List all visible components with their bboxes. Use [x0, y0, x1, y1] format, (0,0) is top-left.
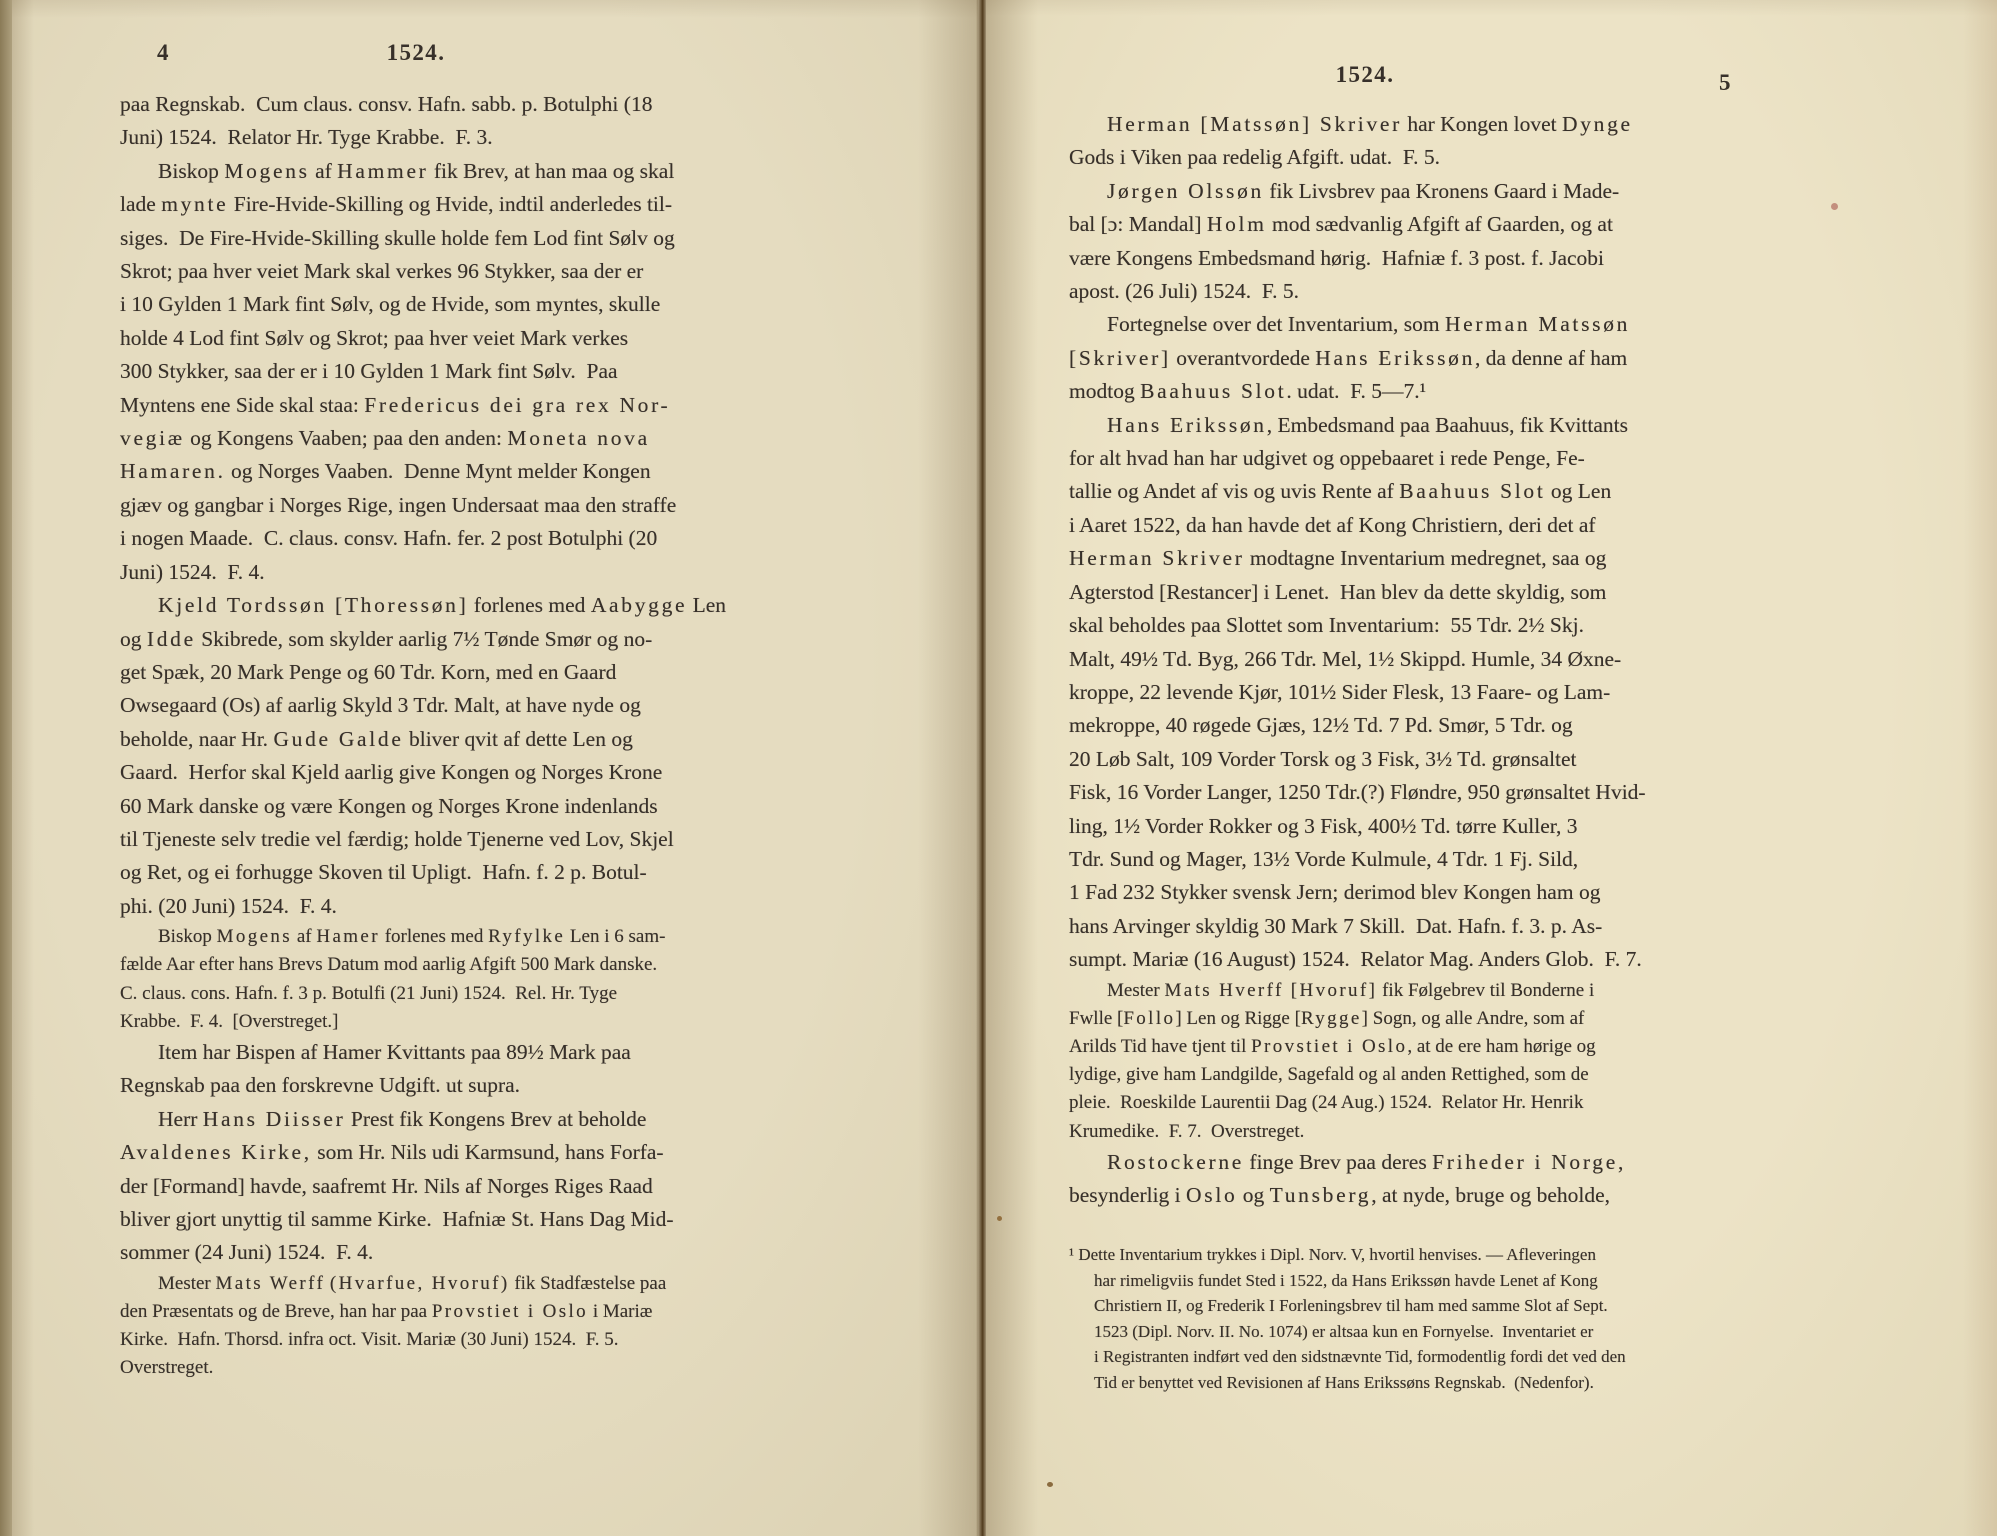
- text-line: C. claus. cons. Hafn. f. 3 p. Botulfi (2…: [120, 980, 724, 1008]
- running-head-left: 1524.: [120, 40, 712, 66]
- letterspaced-text: Mats Werff: [216, 1273, 326, 1294]
- text-line: paa Regnskab. Cum claus. consv. Hafn. sa…: [120, 88, 724, 121]
- text-run: besynderlig i: [1069, 1183, 1186, 1207]
- text-run: Juni) 1524. F. 4.: [120, 560, 265, 584]
- text-run: lade: [120, 192, 161, 216]
- text-line: Mester Mats Werff (Hvarfue, Hvoruf) fik …: [120, 1270, 724, 1298]
- text-line: Myntens ene Side skal staa: Fredericus d…: [120, 389, 724, 422]
- letterspaced-text: Baahuus Slot: [1399, 479, 1545, 503]
- text-run: modtagne Inventarium medregnet, saa og: [1245, 546, 1607, 570]
- text-run: hans Arvinger skyldig 30 Mark 7 Skill. D…: [1069, 914, 1602, 938]
- text-line: har rimeligviis fundet Sted i 1522, da H…: [1094, 1268, 1698, 1294]
- text-run: i Aaret 1522, da han havde det af Kong C…: [1069, 513, 1596, 537]
- text-line: i nogen Maade. C. claus. consv. Hafn. fe…: [120, 522, 724, 555]
- text-line: Biskop Mogens af Hamer forlenes med Ryfy…: [120, 923, 724, 951]
- text-run: Owsegaard (Os) af aarlig Skyld 3 Tdr. Ma…: [120, 693, 641, 717]
- text-line: Christiern II, og Frederik I Forleningsb…: [1094, 1293, 1698, 1319]
- text-run: tallie og Andet af vis og uvis Rente af: [1069, 479, 1399, 503]
- letterspaced-text: Hans Erikssøn: [1315, 346, 1475, 370]
- letterspaced-text: Rygge: [1301, 1008, 1362, 1029]
- text-line: beholde, naar Hr. Gude Galde bliver qvit…: [120, 723, 724, 756]
- text-line: Hamaren. og Norges Vaaben. Denne Mynt me…: [120, 455, 724, 488]
- text-run: for alt hvad han har udgivet og oppebaar…: [1069, 446, 1585, 470]
- text-run: af: [310, 159, 337, 183]
- letterspaced-text: Mats Hverff [Hvoruf]: [1165, 980, 1378, 1001]
- letterspaced-text: Herman Matssøn: [1445, 312, 1630, 336]
- text-run: forlenes med: [380, 926, 488, 947]
- letterspaced-text: Oslo: [1186, 1183, 1237, 1207]
- text-run: 1523 (Dipl. Norv. II. No. 1074) er altsa…: [1094, 1322, 1593, 1341]
- text-run: , at nyde, bruge og beholde,: [1371, 1183, 1610, 1207]
- text-line: Juni) 1524. F. 4.: [120, 556, 724, 589]
- text-run: fik Brev, at han maa og skal: [429, 159, 675, 183]
- text-line: bal [ɔ: Mandal] Holm mod sædvanlig Afgif…: [1069, 208, 1673, 241]
- text-line: Mester Mats Hverff [Hvoruf] fik Følgebre…: [1069, 977, 1673, 1005]
- text-run: . udat. F. 5—7.¹: [1286, 379, 1426, 403]
- text-line: Hans Erikssøn, Embedsmand paa Baahuus, f…: [1069, 409, 1673, 442]
- text-line: sumpt. Mariæ (16 August) 1524. Relator M…: [1069, 943, 1673, 976]
- text-line: Herman Skriver modtagne Inventarium medr…: [1069, 542, 1673, 575]
- text-line: skal beholdes paa Slottet som Inventariu…: [1069, 609, 1673, 642]
- text-line: bliver gjort unyttig til samme Kirke. Ha…: [120, 1203, 724, 1236]
- page-right-text: Herman [Matssøn] Skriver har Kongen love…: [1069, 108, 1673, 1213]
- text-run: og Len: [1546, 479, 1612, 503]
- text-line: phi. (20 Juni) 1524. F. 4.: [120, 890, 724, 923]
- text-run: Fortegnelse over det Inventarium, som: [1107, 312, 1445, 336]
- text-line: Arilds Tid have tjent til Provstiet i Os…: [1069, 1033, 1673, 1061]
- letterspaced-text: Herman Skriver: [1069, 546, 1245, 570]
- text-run: Prest fik Kongens Brev at beholde: [346, 1107, 647, 1131]
- text-run: ] Len og Rigge [: [1175, 1008, 1301, 1029]
- letterspaced-text: (Hvarfue, Hvoruf): [330, 1273, 510, 1294]
- letterspaced-text: Aabygge: [591, 593, 687, 617]
- text-run: Fwlle [: [1069, 1008, 1123, 1029]
- text-run: Len: [687, 593, 726, 617]
- text-line: Gaard. Herfor skal Kjeld aarlig give Kon…: [120, 756, 724, 789]
- text-run: 60 Mark danske og være Kongen og Norges …: [120, 794, 658, 818]
- text-run: beholde, naar Hr.: [120, 727, 273, 751]
- text-line: og Ret, og ei forhugge Skoven til Upligt…: [120, 856, 724, 889]
- text-run: Regnskab paa den forskrevne Udgift. ut s…: [120, 1073, 520, 1097]
- text-run: og: [1237, 1183, 1269, 1207]
- letterspaced-text: Tunsberg: [1270, 1183, 1372, 1207]
- text-line: der [Formand] havde, saafremt Hr. Nils a…: [120, 1170, 724, 1203]
- text-run: modtog: [1069, 379, 1140, 403]
- text-run: i Mariæ: [588, 1301, 652, 1322]
- text-run: lydige, give ham Landgilde, Sagefald og …: [1069, 1064, 1589, 1085]
- text-run: Skibrede, som skylder aarlig 7½ Tønde Sm…: [196, 627, 652, 651]
- letterspaced-text: Hamaren.: [120, 459, 226, 483]
- text-run: som Hr. Nils udi Karmsund, hans Forfa-: [312, 1140, 664, 1164]
- book-photo: { "colors": { "paper_left": "#e5dcc0", "…: [0, 0, 1997, 1536]
- text-run: Tid er benyttet ved Revisionen af Hans E…: [1094, 1373, 1594, 1392]
- text-line: 60 Mark danske og være Kongen og Norges …: [120, 790, 724, 823]
- text-line: Malt, 49½ Td. Byg, 266 Tdr. Mel, 1½ Skip…: [1069, 643, 1673, 676]
- text-run: overantvordede: [1171, 346, 1315, 370]
- text-line: fælde Aar efter hans Brevs Datum mod aar…: [120, 951, 724, 979]
- text-line: lydige, give ham Landgilde, Sagefald og …: [1069, 1061, 1673, 1089]
- text-line: 300 Stykker, saa der er i 10 Gylden 1 Ma…: [120, 355, 724, 388]
- text-line: Herr Hans Diisser Prest fik Kongens Brev…: [120, 1103, 724, 1136]
- text-line: sommer (24 Juni) 1524. F. 4.: [120, 1236, 724, 1269]
- text-line: [Skriver] overantvordede Hans Erikssøn, …: [1069, 342, 1673, 375]
- text-line: i Aaret 1522, da han havde det af Kong C…: [1069, 509, 1673, 542]
- text-line: Kirke. Hafn. Thorsd. infra oct. Visit. M…: [120, 1326, 724, 1354]
- text-line: siges. De Fire-Hvide-Skilling skulle hol…: [120, 222, 724, 255]
- text-run: har Kongen lovet: [1402, 112, 1562, 136]
- text-run: Item har Bispen af Hamer Kvittants paa 8…: [158, 1040, 631, 1064]
- text-run: 20 Løb Salt, 109 Vorder Torsk og 3 Fisk,…: [1069, 747, 1577, 771]
- text-run: af: [292, 926, 316, 947]
- text-run: , Embedsmand paa Baahuus, fik Kvittants: [1267, 413, 1628, 437]
- text-line: Juni) 1524. Relator Hr. Tyge Krabbe. F. …: [120, 121, 724, 154]
- text-line: Avaldenes Kirke, som Hr. Nils udi Karmsu…: [120, 1136, 724, 1169]
- letterspaced-text: Ryfylke: [488, 926, 565, 947]
- text-run: Fisk, 16 Vorder Langer, 1250 Tdr.(?) Flø…: [1069, 780, 1646, 804]
- text-run: gjæv og gangbar i Norges Rige, ingen Und…: [120, 493, 676, 517]
- text-run: Mester: [158, 1273, 216, 1294]
- text-run: være Kongens Embedsmand hørig. Hafniæ f.…: [1069, 246, 1604, 270]
- letterspaced-text: Follo: [1123, 1008, 1175, 1029]
- text-line: tallie og Andet af vis og uvis Rente af …: [1069, 475, 1673, 508]
- text-line: Krumedike. F. 7. Overstreget.: [1069, 1118, 1673, 1146]
- text-run: Fire-Hvide-Skilling og Hvide, indtil and…: [228, 192, 672, 216]
- letterspaced-text: Idde: [147, 627, 196, 651]
- text-run: paa Regnskab. Cum claus. consv. Hafn. sa…: [120, 92, 652, 116]
- text-line: Regnskab paa den forskrevne Udgift. ut s…: [120, 1069, 724, 1102]
- text-line: get Spæk, 20 Mark Penge og 60 Tdr. Korn,…: [120, 656, 724, 689]
- page-left: 4 1524. paa Regnskab. Cum claus. consv. …: [12, 0, 978, 1536]
- text-line: Herman [Matssøn] Skriver har Kongen love…: [1069, 108, 1673, 141]
- text-run: og Kongens Vaaben; paa den anden:: [185, 426, 508, 450]
- letterspaced-text: Avaldenes Kirke,: [120, 1140, 312, 1164]
- text-run: 1 Fad 232 Stykker svensk Jern; derimod b…: [1069, 880, 1600, 904]
- text-line: lade mynte Fire-Hvide-Skilling og Hvide,…: [120, 188, 724, 221]
- text-line: Owsegaard (Os) af aarlig Skyld 3 Tdr. Ma…: [120, 689, 724, 722]
- text-run: , da denne af ham: [1475, 346, 1627, 370]
- text-run: har rimeligviis fundet Sted i 1522, da H…: [1094, 1271, 1598, 1290]
- text-run: bal [ɔ: Mandal]: [1069, 212, 1207, 236]
- letterspaced-text: Mogens: [217, 926, 292, 947]
- text-run: i Registranten indført ved den sidstnævn…: [1094, 1347, 1626, 1366]
- page-right: 1524. 5 Herman [Matssøn] Skriver har Kon…: [986, 0, 1997, 1536]
- letterspaced-text: Provstiet i Oslo: [432, 1301, 588, 1322]
- text-run: fik Livsbrev paa Kronens Gaard i Made-: [1264, 179, 1619, 203]
- text-run: Malt, 49½ Td. Byg, 266 Tdr. Mel, 1½ Skip…: [1069, 647, 1621, 671]
- text-line: og Idde Skibrede, som skylder aarlig 7½ …: [120, 623, 724, 656]
- text-line: mekroppe, 40 røgede Gjæs, 12½ Td. 7 Pd. …: [1069, 709, 1673, 742]
- text-line: Skrot; paa hver veiet Mark skal verkes 9…: [120, 255, 724, 288]
- text-run: holde 4 Lod fint Sølv og Skrot; paa hver…: [120, 326, 628, 350]
- text-run: i 10 Gylden 1 Mark fint Sølv, og de Hvid…: [120, 292, 660, 316]
- text-run: Len i 6 sam-: [565, 926, 665, 947]
- text-line: vegiæ og Kongens Vaaben; paa den anden: …: [120, 422, 724, 455]
- text-line: være Kongens Embedsmand hørig. Hafniæ f.…: [1069, 242, 1673, 275]
- text-run: bliver qvit af dette Len og: [404, 727, 633, 751]
- text-line: Agterstod [Restancer] i Lenet. Han blev …: [1069, 576, 1673, 609]
- letterspaced-text: Rostockerne: [1107, 1150, 1244, 1174]
- letterspaced-text: Dynge: [1562, 112, 1633, 136]
- text-run: get Spæk, 20 Mark Penge og 60 Tdr. Korn,…: [120, 660, 616, 684]
- letterspaced-text: Hans Diisser: [203, 1107, 346, 1131]
- letterspaced-text: Kjeld Tordssøn [Thoressøn]: [158, 593, 468, 617]
- letterspaced-text: Hammer: [337, 159, 428, 183]
- footnote: ¹ Dette Inventarium trykkes i Dipl. Norv…: [1069, 1242, 1698, 1396]
- text-line: ling, 1½ Vorder Rokker og 3 Fisk, 400½ T…: [1069, 810, 1673, 843]
- letterspaced-text: Friheder i Norge,: [1432, 1150, 1626, 1174]
- text-line: Jørgen Olssøn fik Livsbrev paa Kronens G…: [1069, 175, 1673, 208]
- text-run: ling, 1½ Vorder Rokker og 3 Fisk, 400½ T…: [1069, 814, 1578, 838]
- page-number-right: 5: [1719, 70, 1731, 96]
- running-head-right: 1524.: [1069, 62, 1661, 88]
- text-run: skal beholdes paa Slottet som Inventariu…: [1069, 613, 1584, 637]
- text-run: finge Brev paa deres: [1244, 1150, 1432, 1174]
- text-run: Overstreget.: [120, 1357, 213, 1378]
- text-run: bliver gjort unyttig til samme Kirke. Ha…: [120, 1207, 674, 1231]
- text-line: Tdr. Sund og Mager, 13½ Vorde Kulmule, 4…: [1069, 843, 1673, 876]
- letterspaced-text: Baahuus Slot: [1140, 379, 1286, 403]
- text-run: fik Stadfæstelse paa: [510, 1273, 667, 1294]
- letterspaced-text: Moneta nova: [507, 426, 649, 450]
- text-run: sumpt. Mariæ (16 August) 1524. Relator M…: [1069, 947, 1642, 971]
- text-run: Tdr. Sund og Mager, 13½ Vorde Kulmule, 4…: [1069, 847, 1578, 871]
- text-run: siges. De Fire-Hvide-Skilling skulle hol…: [120, 226, 675, 250]
- letterspaced-text: Herman [Matssøn] Skriver: [1107, 112, 1402, 136]
- text-run: Christiern II, og Frederik I Forleningsb…: [1094, 1296, 1608, 1315]
- text-line: Rostockerne finge Brev paa deres Frihede…: [1069, 1146, 1673, 1179]
- text-line: gjæv og gangbar i Norges Rige, ingen Und…: [120, 489, 724, 522]
- text-run: Gods i Viken paa redelig Afgift. udat. F…: [1069, 145, 1440, 169]
- letterspaced-text: Jørgen Olssøn: [1107, 179, 1264, 203]
- text-line: Fwlle [Follo] Len og Rigge [Rygge] Sogn,…: [1069, 1005, 1673, 1033]
- text-run: fælde Aar efter hans Brevs Datum mod aar…: [120, 954, 657, 975]
- text-run: apost. (26 Juli) 1524. F. 5.: [1069, 279, 1299, 303]
- text-run: C. claus. cons. Hafn. f. 3 p. Botulfi (2…: [120, 983, 617, 1004]
- text-run: fik Følgebrev til Bonderne i: [1377, 980, 1594, 1001]
- letterspaced-text: Fredericus dei gra rex Nor-: [364, 393, 670, 417]
- paper-speck: [997, 1216, 1002, 1221]
- text-run: i nogen Maade. C. claus. consv. Hafn. fe…: [120, 526, 657, 550]
- paper-speck: [1047, 1482, 1053, 1487]
- letterspaced-text: mynte: [161, 192, 228, 216]
- letterspaced-text: vegiæ: [120, 426, 185, 450]
- text-run: ¹ Dette Inventarium trykkes i Dipl. Norv…: [1069, 1245, 1596, 1264]
- text-line: Tid er benyttet ved Revisionen af Hans E…: [1094, 1370, 1698, 1396]
- text-run: Kirke. Hafn. Thorsd. infra oct. Visit. M…: [120, 1329, 619, 1350]
- text-run: Mester: [1107, 980, 1165, 1001]
- text-line: Item har Bispen af Hamer Kvittants paa 8…: [120, 1036, 724, 1069]
- text-run: , at de ere ham hørige og: [1407, 1036, 1595, 1057]
- text-line: apost. (26 Juli) 1524. F. 5.: [1069, 275, 1673, 308]
- text-line: modtog Baahuus Slot. udat. F. 5—7.¹: [1069, 375, 1673, 408]
- text-run: og Ret, og ei forhugge Skoven til Upligt…: [120, 860, 647, 884]
- text-run: der [Formand] havde, saafremt Hr. Nils a…: [120, 1174, 653, 1198]
- text-run: Myntens ene Side skal staa:: [120, 393, 364, 417]
- text-line: Kjeld Tordssøn [Thoressøn] forlenes med …: [120, 589, 724, 622]
- text-run: Herr: [158, 1107, 203, 1131]
- text-run: Biskop: [158, 159, 224, 183]
- letterspaced-text: Hamer: [316, 926, 380, 947]
- text-line: ¹ Dette Inventarium trykkes i Dipl. Norv…: [1094, 1242, 1698, 1268]
- text-line: den Præsentats og de Breve, han har paa …: [120, 1298, 724, 1326]
- text-line: Fortegnelse over det Inventarium, som He…: [1069, 308, 1673, 341]
- text-run: mod sædvanlig Afgift af Gaarden, og at: [1267, 212, 1613, 236]
- text-run: 300 Stykker, saa der er i 10 Gylden 1 Ma…: [120, 359, 618, 383]
- text-line: kroppe, 22 levende Kjør, 101½ Sider Fles…: [1069, 676, 1673, 709]
- text-run: Juni) 1524. Relator Hr. Tyge Krabbe. F. …: [120, 125, 493, 149]
- letterspaced-text: Holm: [1207, 212, 1267, 236]
- text-run: phi. (20 Juni) 1524. F. 4.: [120, 894, 337, 918]
- text-line: 1 Fad 232 Stykker svensk Jern; derimod b…: [1069, 876, 1673, 909]
- text-run: Agterstod [Restancer] i Lenet. Han blev …: [1069, 580, 1606, 604]
- paper-speck: [1831, 203, 1838, 210]
- text-line: Biskop Mogens af Hammer fik Brev, at han…: [120, 155, 724, 188]
- text-line: holde 4 Lod fint Sølv og Skrot; paa hver…: [120, 322, 724, 355]
- text-line: hans Arvinger skyldig 30 Mark 7 Skill. D…: [1069, 910, 1673, 943]
- text-run: Skrot; paa hver veiet Mark skal verkes 9…: [120, 259, 643, 283]
- letterspaced-text: [Skriver]: [1069, 346, 1171, 370]
- text-line: pleie. Roeskilde Laurentii Dag (24 Aug.)…: [1069, 1089, 1673, 1117]
- text-line: 20 Løb Salt, 109 Vorder Torsk og 3 Fisk,…: [1069, 743, 1673, 776]
- text-run: mekroppe, 40 røgede Gjæs, 12½ Td. 7 Pd. …: [1069, 713, 1573, 737]
- letterspaced-text: Provstiet i Oslo: [1251, 1036, 1407, 1057]
- text-run: Gaard. Herfor skal Kjeld aarlig give Kon…: [120, 760, 662, 784]
- text-line: besynderlig i Oslo og Tunsberg, at nyde,…: [1069, 1179, 1673, 1212]
- text-run: og: [120, 627, 147, 651]
- text-run: Krabbe. F. 4. [Overstreget.]: [120, 1011, 339, 1032]
- text-line: Gods i Viken paa redelig Afgift. udat. F…: [1069, 141, 1673, 174]
- text-run: og Norges Vaaben. Denne Mynt melder Kong…: [226, 459, 651, 483]
- text-run: til Tjeneste selv tredie vel færdig; hol…: [120, 827, 674, 851]
- text-line: i Registranten indført ved den sidstnævn…: [1094, 1344, 1698, 1370]
- text-line: til Tjeneste selv tredie vel færdig; hol…: [120, 823, 724, 856]
- letterspaced-text: Gude Galde: [273, 727, 403, 751]
- text-run: ] Sogn, og alle Andre, som af: [1362, 1008, 1585, 1029]
- text-run: Biskop: [158, 926, 217, 947]
- text-run: kroppe, 22 levende Kjør, 101½ Sider Fles…: [1069, 680, 1610, 704]
- text-line: Fisk, 16 Vorder Langer, 1250 Tdr.(?) Flø…: [1069, 776, 1673, 809]
- text-run: den Præsentats og de Breve, han har paa: [120, 1301, 432, 1322]
- text-line: 1523 (Dipl. Norv. II. No. 1074) er altsa…: [1094, 1319, 1698, 1345]
- text-line: i 10 Gylden 1 Mark fint Sølv, og de Hvid…: [120, 288, 724, 321]
- text-run: Arilds Tid have tjent til: [1069, 1036, 1251, 1057]
- text-line: for alt hvad han har udgivet og oppebaar…: [1069, 442, 1673, 475]
- text-run: sommer (24 Juni) 1524. F. 4.: [120, 1240, 373, 1264]
- text-line: Krabbe. F. 4. [Overstreget.]: [120, 1008, 724, 1036]
- text-run: Krumedike. F. 7. Overstreget.: [1069, 1121, 1304, 1142]
- text-run: forlenes med: [468, 593, 590, 617]
- page-left-text: paa Regnskab. Cum claus. consv. Hafn. sa…: [120, 88, 724, 1383]
- letterspaced-text: Hans Erikssøn: [1107, 413, 1267, 437]
- text-run: pleie. Roeskilde Laurentii Dag (24 Aug.)…: [1069, 1092, 1583, 1113]
- text-line: Overstreget.: [120, 1354, 724, 1382]
- letterspaced-text: Mogens: [224, 159, 309, 183]
